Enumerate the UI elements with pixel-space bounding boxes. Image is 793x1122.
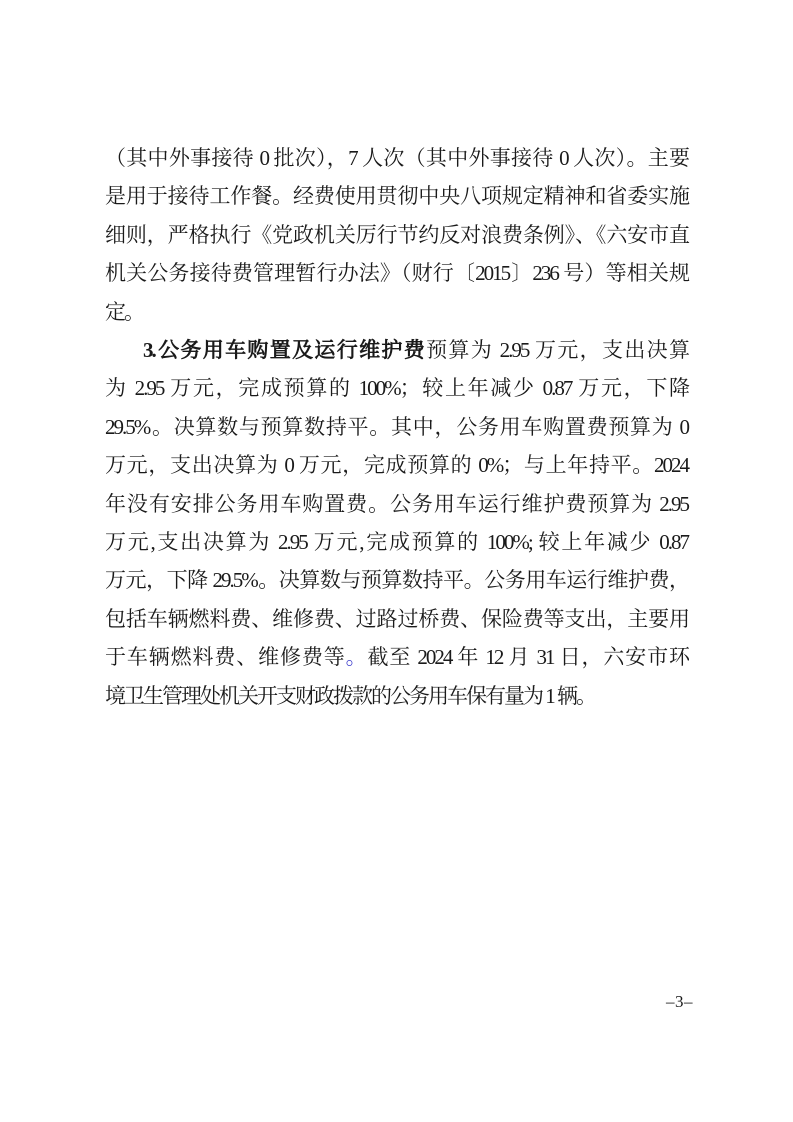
blue-period-annotation: 。 bbox=[346, 645, 368, 669]
vehicle-section-heading: 3.公务用车购置及运行维护费 bbox=[143, 338, 426, 362]
text-line: 是用于接待工作餐。经费使用贯彻中央八项规定精神和省委实施 bbox=[105, 177, 688, 215]
document-body: （其中外事接待 0 批次），7 人次（其中外事接待 0 人次）。主要 是用于接待… bbox=[105, 139, 688, 715]
text-line: 年没有安排公务用车购置费。公务用车运行维护费预算为 2.95 bbox=[105, 485, 688, 523]
paragraph-official-vehicle-expenses: 3.公务用车购置及运行维护费预算为 2.95 万元，支出决算 为 2.95 万元… bbox=[105, 331, 688, 715]
blue-line-after: 截至 2024 年 12 月 31 日，六安市环 bbox=[367, 645, 688, 669]
text-line-with-annotation: 于车辆燃料费、维修费等。截至 2024 年 12 月 31 日，六安市环 bbox=[105, 638, 688, 676]
text-line: （其中外事接待 0 批次），7 人次（其中外事接待 0 人次）。主要 bbox=[105, 139, 688, 177]
text-line: 为 2.95 万元，完成预算的 100%；较上年减少 0.87 万元，下降 bbox=[105, 369, 688, 407]
page-number: –3– bbox=[666, 992, 693, 1012]
text-line: 万元，支出决算为 0 万元，完成预算的 0%；与上年持平。2024 bbox=[105, 446, 688, 484]
text-line: 万元,支出决算为 2.95 万元,完成预算的 100%; 较上年减少 0.87 bbox=[105, 523, 688, 561]
text-line: 境卫生管理处机关开支财政拨款的公务用车保有量为 1 辆。 bbox=[105, 677, 688, 715]
heading-line-rest: 预算为 2.95 万元，支出决算 bbox=[426, 338, 688, 362]
text-line: 29.5%。决算数与预算数持平。其中，公务用车购置费预算为 0 bbox=[105, 408, 688, 446]
text-line: 万元，下降 29.5%。决算数与预算数持平。公务用车运行维护费， bbox=[105, 561, 688, 599]
text-line: 定。 bbox=[105, 293, 688, 331]
text-line-section-heading: 3.公务用车购置及运行维护费预算为 2.95 万元，支出决算 bbox=[105, 331, 688, 369]
paragraph-reception-expenses: （其中外事接待 0 批次），7 人次（其中外事接待 0 人次）。主要 是用于接待… bbox=[105, 139, 688, 331]
text-line: 细则，严格执行《党政机关厉行节约反对浪费条例》、《六安市直 bbox=[105, 216, 688, 254]
text-line: 包括车辆燃料费、维修费、过路过桥费、保险费等支出，主要用 bbox=[105, 600, 688, 638]
document-page: （其中外事接待 0 批次），7 人次（其中外事接待 0 人次）。主要 是用于接待… bbox=[0, 0, 793, 1122]
blue-line-before: 于车辆燃料费、维修费等 bbox=[105, 645, 346, 669]
text-line: 机关公务接待费管理暂行办法》（财行〔2015〕236 号）等相关规 bbox=[105, 254, 688, 292]
